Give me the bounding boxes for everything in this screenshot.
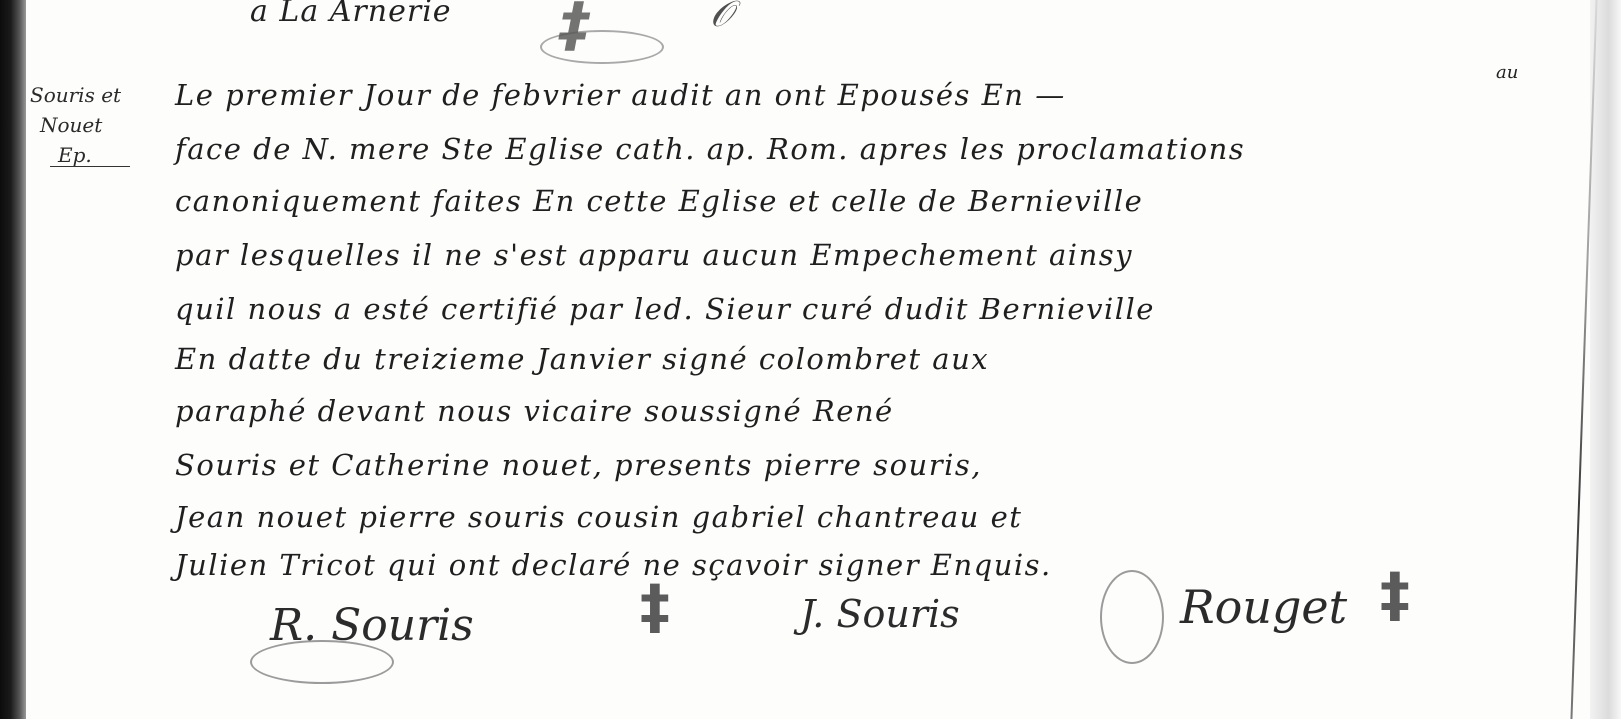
signature-flourish	[1100, 570, 1164, 664]
priest-paraph-icon: ‡	[1380, 560, 1410, 630]
witness-mark-icon: ‡	[640, 572, 670, 642]
signature-block: R. Souris ‡ J. Souris Rouget ‡	[0, 0, 1621, 719]
register-page: a La Arnerie ‡ 𝒪 Souris et Nouet Ep. au …	[0, 0, 1621, 719]
signature-witness: J. Souris	[800, 592, 960, 636]
signature-priest: Rouget	[1180, 580, 1347, 634]
signature-flourish	[250, 640, 394, 684]
